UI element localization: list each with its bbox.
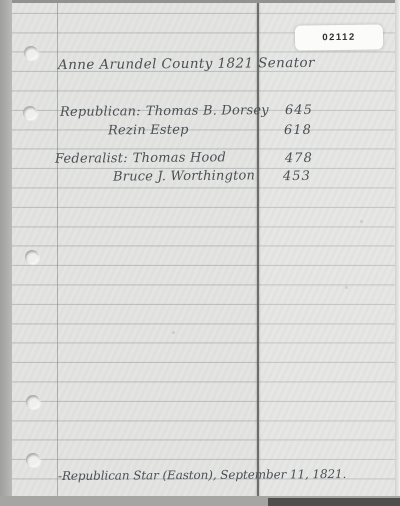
scan-edge-left	[0, 0, 12, 506]
vote-count: 645	[285, 103, 313, 119]
result-row: Federalist:Thomas Hood	[55, 150, 226, 167]
party-label: Republican:	[60, 104, 141, 120]
candidate-name: Bruce J. Worthington	[113, 168, 255, 184]
candidate-name: Rezin Estep	[108, 123, 189, 139]
paper-speck	[345, 286, 348, 289]
punch-hole	[25, 250, 39, 264]
scan-edge-top	[0, 0, 400, 3]
scanned-page: 02112 Anne Arundel County 1821 Senator R…	[0, 0, 400, 506]
paper-speck	[172, 331, 175, 334]
punch-hole	[24, 46, 38, 60]
paper-speck	[360, 220, 363, 223]
party-label: Federalist:	[55, 151, 128, 167]
vote-count: 618	[284, 123, 312, 139]
scan-edge-right	[395, 0, 400, 506]
vertical-crease-line	[257, 3, 259, 497]
candidate-name: Thomas B. Dorsey	[146, 103, 269, 119]
stamp-label: 02112	[295, 24, 383, 50]
candidate-name: Thomas Hood	[133, 150, 226, 166]
punch-hole	[26, 395, 40, 409]
notebook-paper: 02112 Anne Arundel County 1821 Senator R…	[12, 3, 395, 497]
punch-hole	[26, 453, 40, 467]
handwritten-title: Anne Arundel County 1821 Senator	[58, 55, 315, 73]
stamp-number: 02112	[322, 32, 356, 43]
paper-sheen	[259, 3, 395, 497]
result-row: Rezin Estep	[108, 123, 189, 140]
left-margin-line	[57, 3, 58, 497]
scan-edge-shadow	[268, 498, 400, 506]
vote-count: 478	[285, 151, 313, 167]
citation-line: -Republican Star (Easton), September 11,…	[58, 466, 346, 484]
vote-count: 453	[283, 169, 311, 185]
result-row: Republican:Thomas B. Dorsey	[60, 103, 269, 121]
punch-hole	[23, 106, 37, 120]
result-row: Bruce J. Worthington	[113, 168, 255, 185]
